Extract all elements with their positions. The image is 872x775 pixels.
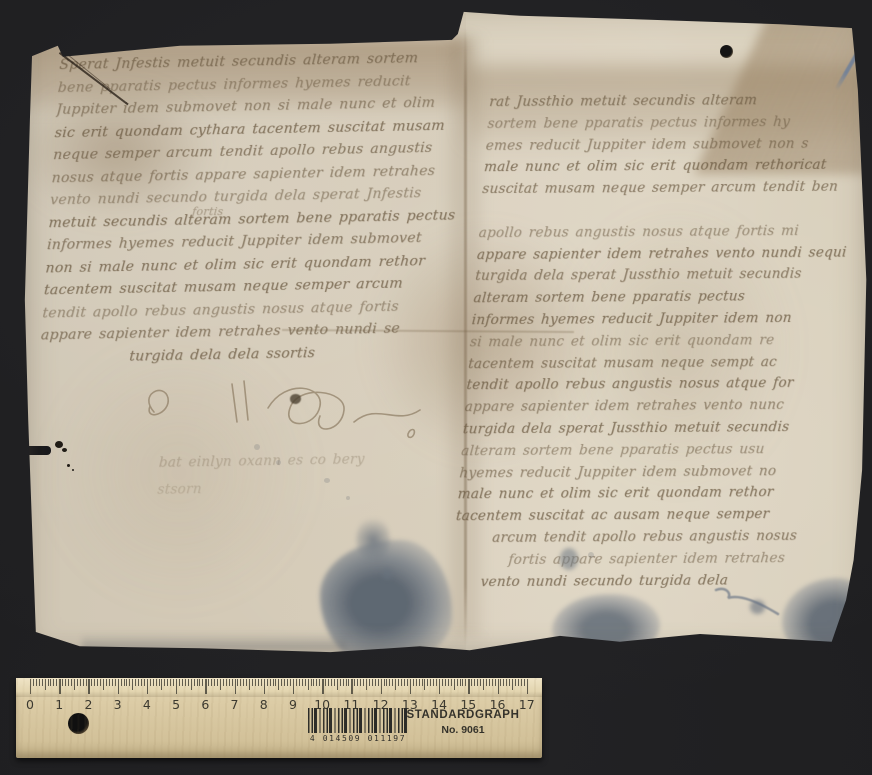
ruler-tick bbox=[91, 679, 92, 686]
ruler-tick bbox=[30, 679, 31, 694]
ruler-tick bbox=[483, 679, 484, 690]
ruler-tick bbox=[170, 679, 171, 686]
manuscript-leaf: Sperat Jnfestis metuit secundis alteram … bbox=[24, 8, 868, 658]
ruler-tick bbox=[258, 679, 259, 686]
ruler-tick bbox=[439, 679, 440, 694]
ruler-tick bbox=[386, 679, 387, 686]
ruler-tick bbox=[457, 679, 458, 686]
ruler-tick bbox=[144, 679, 145, 686]
ruler-tick bbox=[340, 679, 341, 686]
ruler-tick bbox=[389, 679, 390, 686]
ruler-tick bbox=[249, 679, 250, 690]
ruler-barcode-block: 4 014509 011197 bbox=[302, 708, 414, 743]
ruler-tick bbox=[94, 679, 95, 686]
ruler-number: 1 bbox=[55, 697, 63, 712]
ruler-number: 11 bbox=[343, 697, 359, 712]
ruler-tick bbox=[161, 679, 162, 690]
ruler-tick bbox=[442, 679, 443, 686]
ruler-number: 0 bbox=[26, 697, 34, 712]
ruler-tick bbox=[88, 679, 89, 694]
ruler-tick bbox=[80, 679, 81, 686]
ruler-tick bbox=[325, 679, 326, 686]
ruler-tick bbox=[74, 679, 75, 690]
ruler-tick bbox=[407, 679, 408, 686]
ruler-tick bbox=[103, 679, 104, 690]
ruler-tick bbox=[503, 679, 504, 686]
ruler-tick bbox=[506, 679, 507, 686]
ruler-tick bbox=[275, 679, 276, 686]
ruler-number: 15 bbox=[460, 697, 476, 712]
ruler-number: 2 bbox=[84, 697, 92, 712]
ruler-tick bbox=[351, 679, 352, 694]
ruler-tick bbox=[281, 679, 282, 686]
edge-vignette bbox=[24, 8, 868, 658]
ruler-tick bbox=[126, 679, 127, 686]
ruler-tick bbox=[296, 679, 297, 686]
ruler-tick bbox=[167, 679, 168, 686]
ruler-tick bbox=[109, 679, 110, 686]
ruler-tick bbox=[427, 679, 428, 686]
ruler-tick bbox=[527, 679, 528, 694]
ruler-number: 5 bbox=[172, 697, 180, 712]
ruler-tick bbox=[202, 679, 203, 686]
ruler-tick bbox=[112, 679, 113, 686]
ruler-tick bbox=[357, 679, 358, 686]
ruler-tick bbox=[413, 679, 414, 686]
ruler-tick bbox=[185, 679, 186, 686]
ruler-tick bbox=[278, 679, 279, 690]
ruler-tick bbox=[243, 679, 244, 686]
ruler-number: 14 bbox=[431, 697, 447, 712]
ruler-tick bbox=[480, 679, 481, 686]
ruler-tick bbox=[232, 679, 233, 686]
ruler-tick bbox=[194, 679, 195, 686]
ruler-tick bbox=[354, 679, 355, 686]
ruler-tick bbox=[226, 679, 227, 686]
ruler-brand: STANDARDGRAPH bbox=[400, 709, 526, 721]
ruler-tick bbox=[328, 679, 329, 686]
ruler-tick bbox=[316, 679, 317, 686]
ruler-tick bbox=[319, 679, 320, 686]
ruler-tick bbox=[68, 679, 69, 686]
ruler-tick bbox=[270, 679, 271, 686]
ruler-tick bbox=[138, 679, 139, 686]
ruler-tick bbox=[468, 679, 469, 694]
ruler-tick bbox=[147, 679, 148, 694]
ruler-tick bbox=[235, 679, 236, 694]
ruler-tick bbox=[381, 679, 382, 694]
ruler-tick bbox=[153, 679, 154, 686]
ruler-tick bbox=[518, 679, 519, 686]
ruler-number: 3 bbox=[114, 697, 122, 712]
ruler-tick bbox=[471, 679, 472, 686]
ruler-tick bbox=[369, 679, 370, 686]
ruler-number: 16 bbox=[490, 697, 506, 712]
ruler-tick bbox=[372, 679, 373, 686]
ruler-number: 8 bbox=[260, 697, 268, 712]
ruler-tick bbox=[474, 679, 475, 686]
ruler-tick bbox=[106, 679, 107, 686]
ruler-tick bbox=[71, 679, 72, 686]
ruler-tick bbox=[156, 679, 157, 686]
ruler-tick bbox=[302, 679, 303, 686]
ruler: 01234567891011121314151617 4 014509 0111… bbox=[16, 678, 542, 758]
ruler-tick bbox=[495, 679, 496, 686]
ruler-tick bbox=[416, 679, 417, 686]
ruler-hanging-hole bbox=[68, 713, 89, 734]
ruler-tick bbox=[343, 679, 344, 686]
ruler-tick bbox=[264, 679, 265, 694]
ruler-tick bbox=[404, 679, 405, 686]
ruler-tick bbox=[237, 679, 238, 686]
ruler-tick bbox=[208, 679, 209, 686]
ruler-number: 7 bbox=[231, 697, 239, 712]
barcode-digits: 4 014509 011197 bbox=[302, 734, 414, 743]
ruler-tick bbox=[445, 679, 446, 686]
ruler-tick bbox=[56, 679, 57, 686]
ruler-tick bbox=[182, 679, 183, 686]
ruler-tick bbox=[223, 679, 224, 686]
ruler-tick bbox=[424, 679, 425, 690]
ruler-tick bbox=[419, 679, 420, 686]
ruler-tick bbox=[59, 679, 60, 694]
ruler-tick bbox=[36, 679, 37, 686]
ruler-tick bbox=[42, 679, 43, 686]
ruler-tick bbox=[135, 679, 136, 686]
ruler-tick bbox=[384, 679, 385, 686]
ruler-tick bbox=[512, 679, 513, 690]
ruler-tick bbox=[305, 679, 306, 686]
ruler-tick bbox=[410, 679, 411, 694]
ruler-tick bbox=[191, 679, 192, 690]
ruler-model: No. 9061 bbox=[400, 724, 526, 736]
ruler-tick bbox=[401, 679, 402, 686]
ruler-tick bbox=[273, 679, 274, 686]
ruler-tick bbox=[422, 679, 423, 686]
ruler-tick bbox=[199, 679, 200, 686]
ruler-tick bbox=[173, 679, 174, 686]
ruler-tick bbox=[83, 679, 84, 686]
ruler-tick bbox=[86, 679, 87, 686]
ruler-tick bbox=[45, 679, 46, 690]
ruler-tick bbox=[220, 679, 221, 690]
ruler-tick bbox=[477, 679, 478, 686]
ruler-number: 17 bbox=[519, 697, 535, 712]
ruler-tick bbox=[252, 679, 253, 686]
ruler-tick bbox=[77, 679, 78, 686]
ruler-tick bbox=[334, 679, 335, 686]
ruler-tick bbox=[375, 679, 376, 686]
ruler-tick bbox=[392, 679, 393, 686]
ruler-tick bbox=[448, 679, 449, 686]
ruler-tick bbox=[141, 679, 142, 686]
ruler-tick bbox=[53, 679, 54, 686]
ruler-tick bbox=[284, 679, 285, 686]
ruler-tick bbox=[465, 679, 466, 686]
ruler-tick bbox=[293, 679, 294, 694]
ruler-bevel bbox=[16, 678, 542, 697]
ruler-tick bbox=[197, 679, 198, 686]
ruler-tick bbox=[62, 679, 63, 686]
ruler-tick bbox=[50, 679, 51, 686]
ruler-tick bbox=[521, 679, 522, 686]
ruler-tick bbox=[346, 679, 347, 686]
ruler-tick bbox=[313, 679, 314, 686]
ruler-tick bbox=[436, 679, 437, 686]
ruler-tick bbox=[129, 679, 130, 686]
ruler-tick bbox=[188, 679, 189, 686]
ruler-number: 10 bbox=[314, 697, 330, 712]
ruler-tick bbox=[498, 679, 499, 694]
ruler-tick bbox=[97, 679, 98, 686]
ruler-tick bbox=[176, 679, 177, 694]
ruler-tick bbox=[118, 679, 119, 694]
ruler-tick bbox=[39, 679, 40, 686]
ruler-tick bbox=[211, 679, 212, 686]
ruler-tick bbox=[229, 679, 230, 686]
ruler-tick bbox=[509, 679, 510, 686]
ruler-tick bbox=[205, 679, 206, 694]
ruler-tick bbox=[240, 679, 241, 686]
ruler-tick bbox=[430, 679, 431, 686]
ruler-tick bbox=[460, 679, 461, 686]
ruler-numbers: 01234567891011121314151617 bbox=[30, 697, 542, 713]
ruler-tick bbox=[500, 679, 501, 686]
ruler-tick bbox=[486, 679, 487, 686]
ruler-tick bbox=[524, 679, 525, 686]
ruler-cm-scale bbox=[30, 679, 542, 696]
ruler-tick bbox=[462, 679, 463, 686]
ruler-tick bbox=[454, 679, 455, 690]
ruler-number: 13 bbox=[402, 697, 418, 712]
ruler-tick bbox=[287, 679, 288, 686]
ruler-tick bbox=[33, 679, 34, 686]
ruler-tick bbox=[124, 679, 125, 686]
ruler-tick bbox=[366, 679, 367, 690]
ruler-number: 9 bbox=[289, 697, 297, 712]
ruler-tick bbox=[150, 679, 151, 686]
ruler-tick bbox=[378, 679, 379, 686]
ruler-brand-block: STANDARDGRAPH No. 9061 bbox=[400, 709, 526, 736]
ruler-tick bbox=[267, 679, 268, 686]
ruler-tick bbox=[246, 679, 247, 686]
ruler-tick bbox=[360, 679, 361, 686]
ruler-tick bbox=[398, 679, 399, 686]
ruler-tick bbox=[308, 679, 309, 690]
ruler-tick bbox=[489, 679, 490, 686]
ruler-tick bbox=[159, 679, 160, 686]
ruler-tick bbox=[331, 679, 332, 686]
ruler-tick bbox=[65, 679, 66, 686]
ruler-tick bbox=[179, 679, 180, 686]
ruler-tick bbox=[348, 679, 349, 686]
ruler-tick bbox=[214, 679, 215, 686]
ruler-tick bbox=[322, 679, 323, 694]
ruler-tick bbox=[164, 679, 165, 686]
ruler-tick bbox=[290, 679, 291, 686]
ruler-number: 6 bbox=[201, 697, 209, 712]
ruler-tick bbox=[515, 679, 516, 686]
ruler-tick bbox=[132, 679, 133, 690]
ruler-tick bbox=[311, 679, 312, 686]
ruler-tick bbox=[48, 679, 49, 686]
ruler-tick bbox=[100, 679, 101, 686]
ruler-tick bbox=[255, 679, 256, 686]
ruler-tick bbox=[217, 679, 218, 686]
ruler-tick bbox=[433, 679, 434, 686]
ruler-tick bbox=[299, 679, 300, 686]
ruler-tick bbox=[395, 679, 396, 690]
ruler-number: 4 bbox=[143, 697, 151, 712]
ruler-tick bbox=[115, 679, 116, 686]
ruler-tick bbox=[121, 679, 122, 686]
ruler-number: 12 bbox=[373, 697, 389, 712]
ruler-tick bbox=[492, 679, 493, 686]
photo-stage: Sperat Jnfestis metuit secundis alteram … bbox=[0, 0, 872, 775]
barcode bbox=[308, 708, 408, 733]
ruler-tick bbox=[261, 679, 262, 686]
ruler-tick bbox=[451, 679, 452, 686]
ruler-tick bbox=[337, 679, 338, 690]
ruler-tick bbox=[363, 679, 364, 686]
